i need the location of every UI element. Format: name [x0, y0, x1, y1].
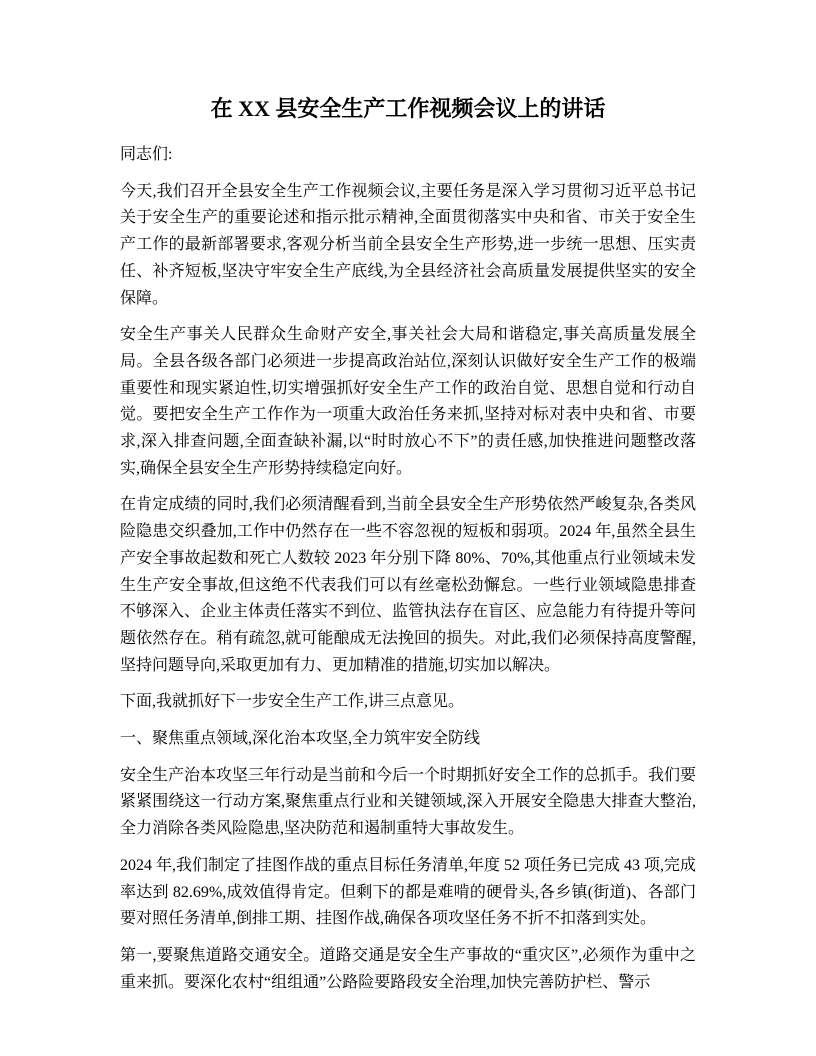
- paragraph-situation-analysis: 在肯定成绩的同时,我们必须清醒看到,当前全县安全生产形势依然严峻复杂,各类风险隐…: [120, 492, 696, 679]
- paragraph-opening: 今天,我们召开全县安全生产工作视频会议,主要任务是深入学习贯彻习近平总书记关于安…: [120, 179, 696, 313]
- paragraph-road-traffic-safety: 第一,要聚焦道路交通安全。道路交通是安全生产事故的“重灾区”,必须作为重中之重来…: [120, 943, 696, 996]
- paragraph-transition: 下面,我就抓好下一步安全生产工作,讲三点意见。: [120, 689, 696, 716]
- salutation: 同志们:: [120, 142, 696, 169]
- paragraph-importance: 安全生产事关人民群众生命财产安全,事关社会大局和谐稳定,事关高质量发展全局。全县…: [120, 322, 696, 482]
- document-title: 在 XX 县安全生产工作视频会议上的讲话: [120, 94, 696, 124]
- paragraph-three-year-action: 安全生产治本攻坚三年行动是当前和今后一个时期抓好安全工作的总抓手。我们要紧紧围绕…: [120, 763, 696, 843]
- paragraph-task-list-progress: 2024 年,我们制定了挂图作战的重点目标任务清单,年度 52 项任务已完成 4…: [120, 853, 696, 933]
- section-heading-1: 一、聚焦重点领域,深化治本攻坚,全力筑牢安全防线: [120, 726, 696, 753]
- document-page: 在 XX 县安全生产工作视频会议上的讲话 同志们: 今天,我们召开全县安全生产工…: [0, 0, 816, 1056]
